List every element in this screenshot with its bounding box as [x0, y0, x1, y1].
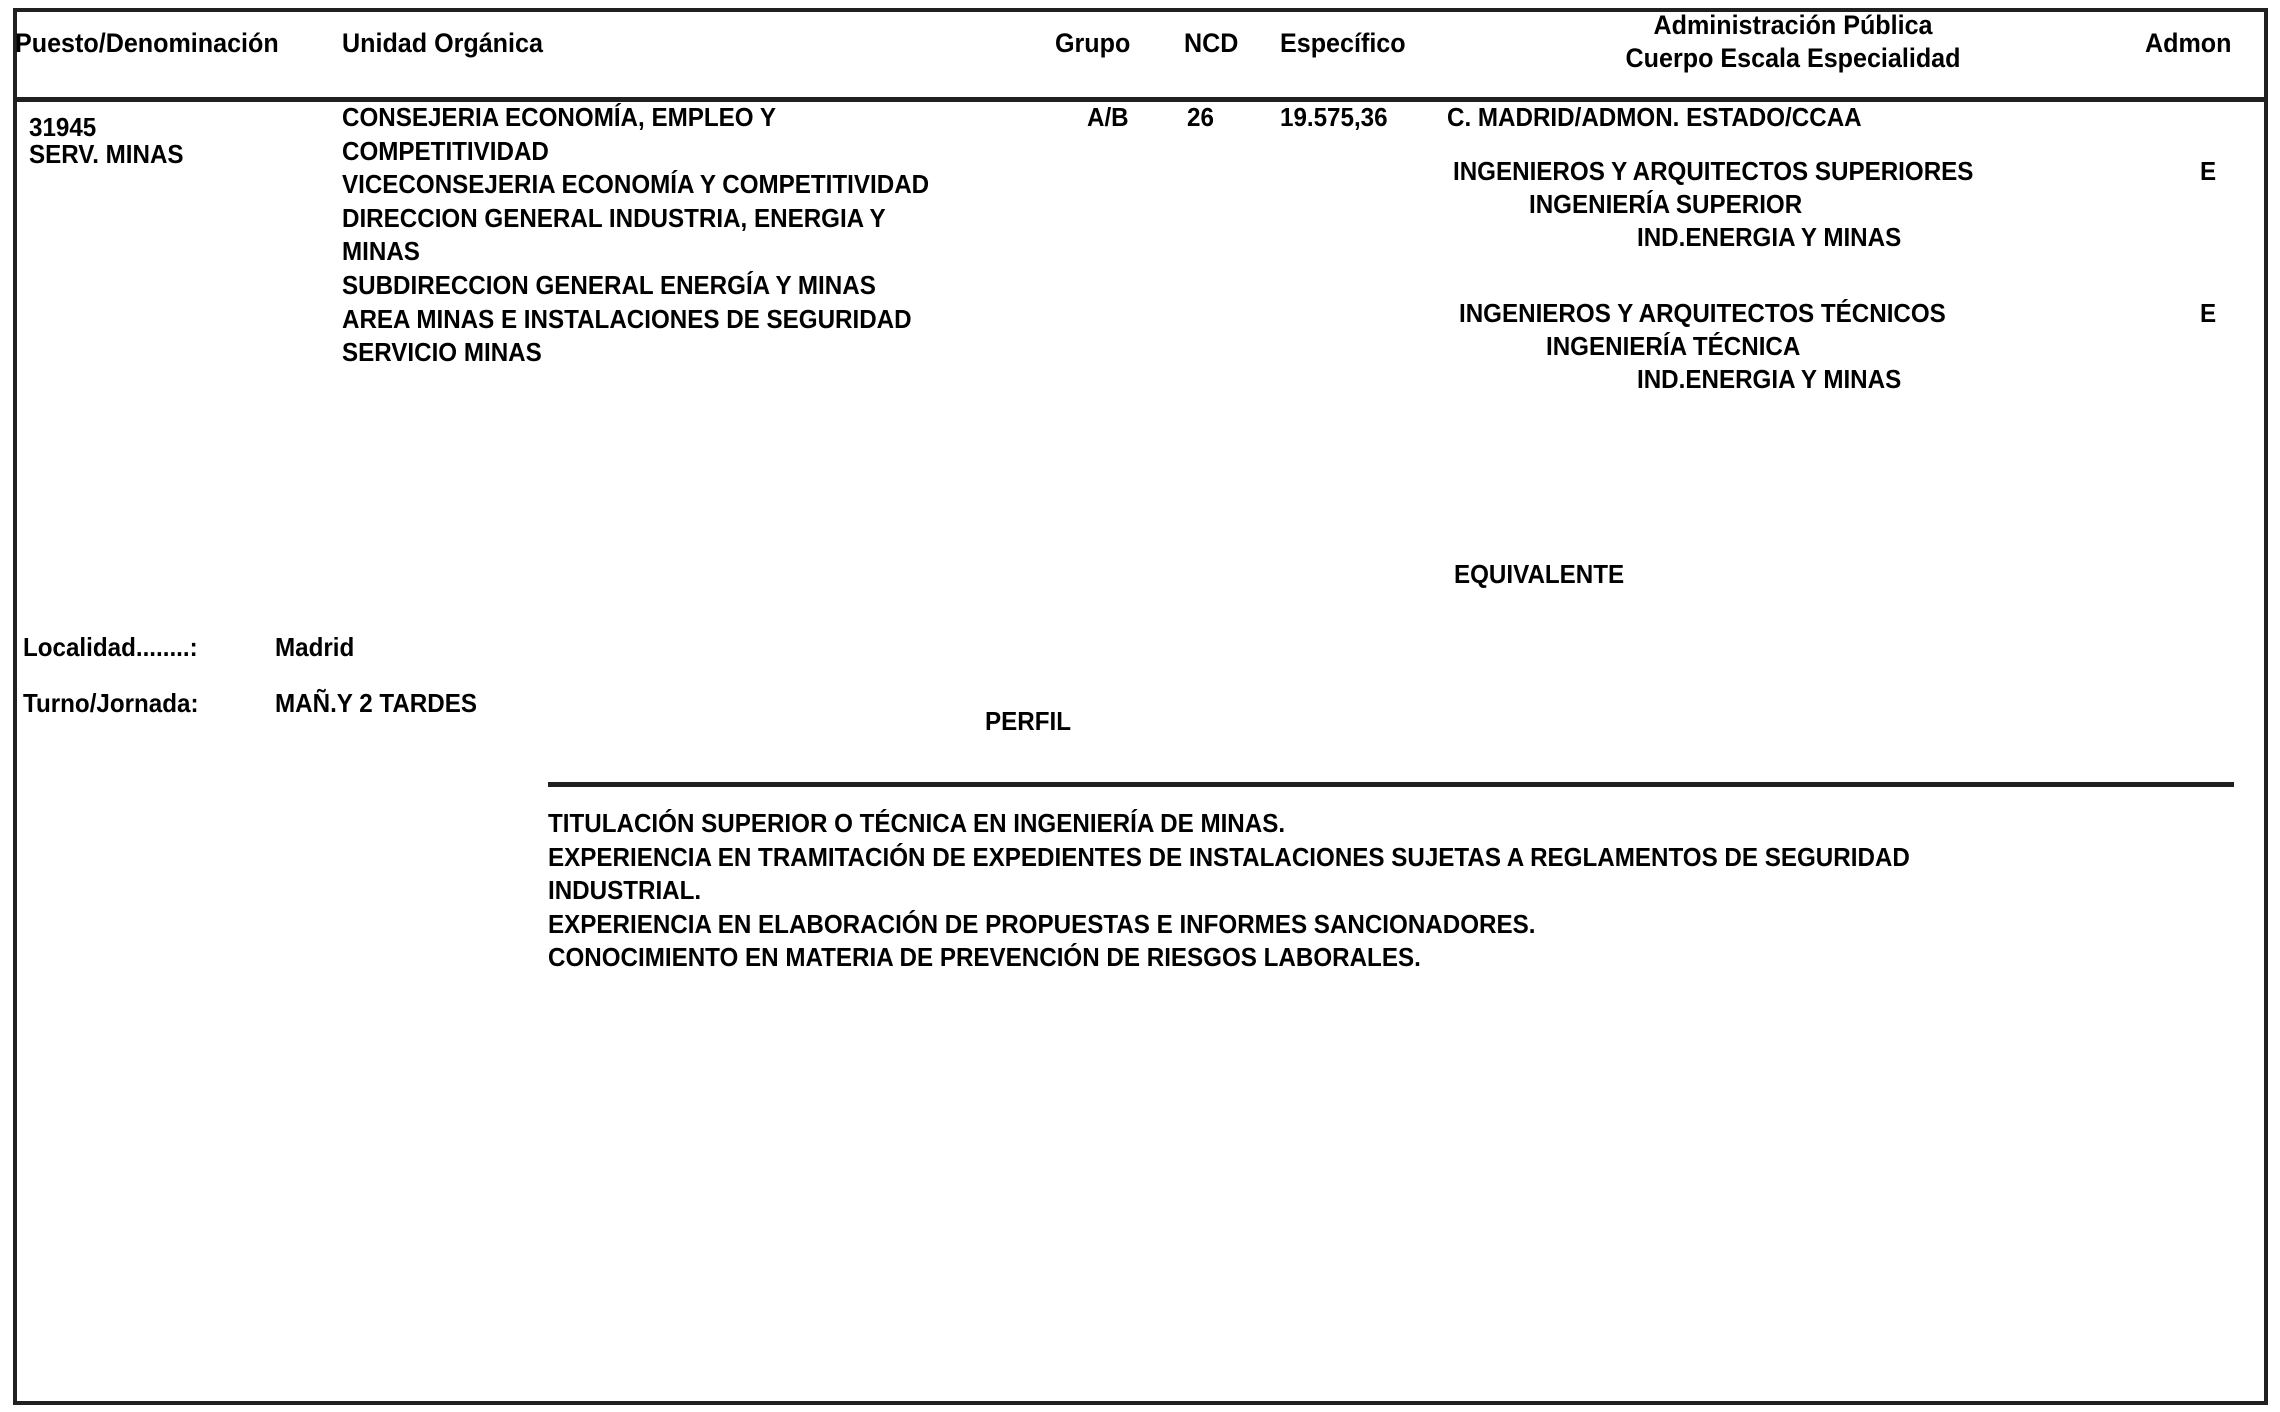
perfil-line: EXPERIENCIA EN TRAMITACIÓN DE EXPEDIENTE…	[548, 844, 1910, 878]
perfil-text: TITULACIÓN SUPERIOR O TÉCNICA EN INGENIE…	[548, 810, 1910, 978]
turno-value: MAÑ.Y 2 TARDES	[275, 690, 477, 716]
header-ncd: NCD	[1184, 30, 1238, 57]
perfil-line: CONOCIMIENTO EN MATERIA DE PREVENCIÓN DE…	[548, 944, 1910, 978]
header-admin-publica-2: Cuerpo Escala Especialidad	[1561, 45, 2026, 72]
unidad-line: DIRECCION GENERAL INDUSTRIA, ENERGIA Y	[342, 205, 929, 239]
admon-1: E	[2200, 158, 2216, 184]
cuerpo-2: INGENIEROS Y ARQUITECTOS TÉCNICOS	[1459, 300, 1946, 326]
administracion-value: C. MADRID/ADMON. ESTADO/CCAA	[1447, 104, 1862, 130]
unidad-organica: CONSEJERIA ECONOMÍA, EMPLEO Y COMPETITIV…	[342, 104, 929, 373]
unidad-line: COMPETITIVIDAD	[342, 138, 929, 172]
perfil-line: TITULACIÓN SUPERIOR O TÉCNICA EN INGENIE…	[548, 810, 1910, 844]
unidad-line: AREA MINAS E INSTALACIONES DE SEGURIDAD	[342, 306, 929, 340]
especifico-value: 19.575,36	[1280, 104, 1388, 130]
especialidad-1: IND.ENERGIA Y MINAS	[1637, 224, 1901, 250]
header-especifico: Específico	[1280, 30, 1406, 57]
admon-2: E	[2200, 300, 2216, 326]
puesto-denominacion: SERV. MINAS	[29, 141, 184, 167]
turno-label: Turno/Jornada:	[23, 690, 199, 716]
perfil-line: INDUSTRIAL.	[548, 877, 1910, 911]
ncd-value: 26	[1187, 104, 1214, 130]
perfil-label: PERFIL	[985, 708, 1071, 734]
puesto-codigo: 31945	[29, 114, 96, 140]
header-grupo: Grupo	[1055, 30, 1130, 57]
cuerpo-1: INGENIEROS Y ARQUITECTOS SUPERIORES	[1453, 158, 1973, 184]
especialidad-2: IND.ENERGIA Y MINAS	[1637, 366, 1901, 392]
header-admin-publica-1: Administración Pública	[1607, 12, 1979, 39]
unidad-line: CONSEJERIA ECONOMÍA, EMPLEO Y	[342, 104, 929, 138]
unidad-line: MINAS	[342, 238, 929, 272]
localidad-label: Localidad........:	[23, 634, 198, 660]
perfil-divider	[548, 782, 2234, 787]
unidad-line: SUBDIRECCION GENERAL ENERGÍA Y MINAS	[342, 272, 929, 306]
equivalente-label: EQUIVALENTE	[1454, 561, 1624, 587]
header-unidad: Unidad Orgánica	[342, 30, 543, 57]
perfil-line: EXPERIENCIA EN ELABORACIÓN DE PROPUESTAS…	[548, 911, 1910, 945]
escala-1: INGENIERÍA SUPERIOR	[1529, 191, 1802, 217]
header-admon: Admon	[2145, 30, 2231, 57]
unidad-line: VICECONSEJERIA ECONOMÍA Y COMPETITIVIDAD	[342, 171, 929, 205]
header-puesto: Puesto/Denominación	[15, 30, 279, 57]
unidad-line: SERVICIO MINAS	[342, 339, 929, 373]
grupo-value: A/B	[1087, 104, 1129, 130]
localidad-value: Madrid	[275, 634, 354, 660]
escala-2: INGENIERÍA TÉCNICA	[1546, 333, 1800, 359]
